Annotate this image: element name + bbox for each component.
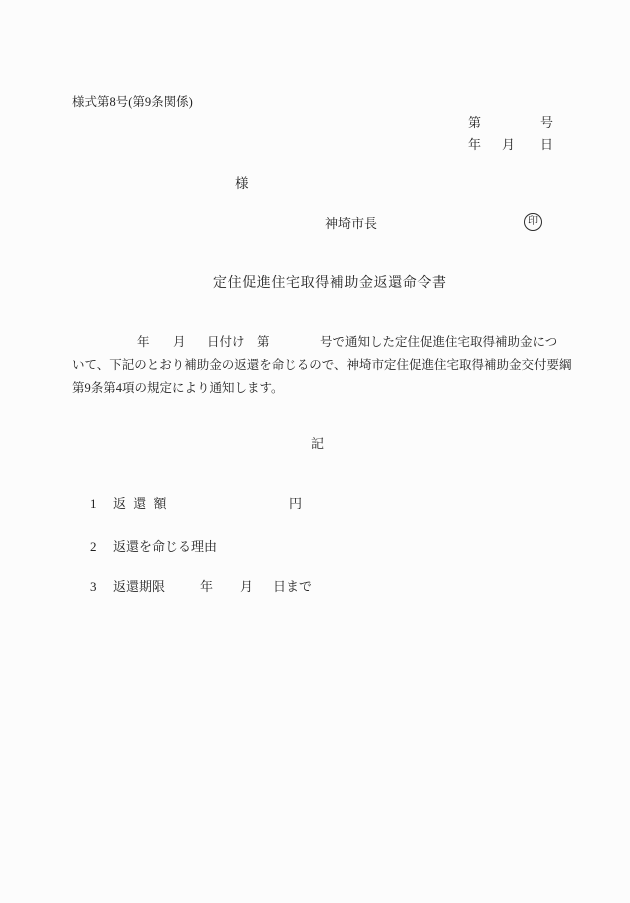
item-3-number: 3 <box>90 579 97 595</box>
document-title: 定住促進住宅取得補助金返還命令書 <box>213 276 447 293</box>
item-2-label: 返還を命じる理由 <box>113 539 217 555</box>
item-2-number: 2 <box>90 539 97 555</box>
sender-name: 神埼市長 <box>325 216 377 232</box>
body-line3-text: 第9条第4項の規定により通知します。 <box>72 381 284 396</box>
body-no-prefix: 第 <box>257 335 270 350</box>
date-month-label: 月 <box>502 137 515 153</box>
record-marker: 記 <box>311 436 324 452</box>
form-number: 様式第8号(第9条関係) <box>72 95 193 110</box>
body-date-month: 月 <box>173 335 186 350</box>
item-3-label: 返還期限 <box>113 579 165 595</box>
item-3-year: 年 <box>200 579 213 595</box>
body-line2-text: いて、下記のとおり補助金の返還を命じるので、神埼市定住促進住宅取得補助金交付要綱 <box>72 358 572 373</box>
date-day-label: 日 <box>540 137 553 153</box>
date-year-label: 年 <box>468 137 481 153</box>
body-date-year: 年 <box>137 335 150 350</box>
body-line1-text: 号で通知した定住促進住宅取得補助金につ <box>320 335 557 350</box>
item-3-day: 日まで <box>273 579 312 595</box>
document-page: 様式第8号(第9条関係) 第 号 年 月 日 様 神埼市長 印 定住促進住宅取得… <box>0 0 630 903</box>
item-1-label: 返 還 額 <box>113 496 169 512</box>
item-1-unit: 円 <box>289 496 302 512</box>
seal-icon: 印 <box>524 213 542 231</box>
doc-number-suffix: 号 <box>540 115 553 131</box>
item-3-month: 月 <box>240 579 253 595</box>
doc-number-prefix: 第 <box>468 115 481 131</box>
body-date-day: 日付け <box>207 335 245 350</box>
addressee-honorific: 様 <box>235 176 249 192</box>
item-1-number: 1 <box>90 496 97 512</box>
